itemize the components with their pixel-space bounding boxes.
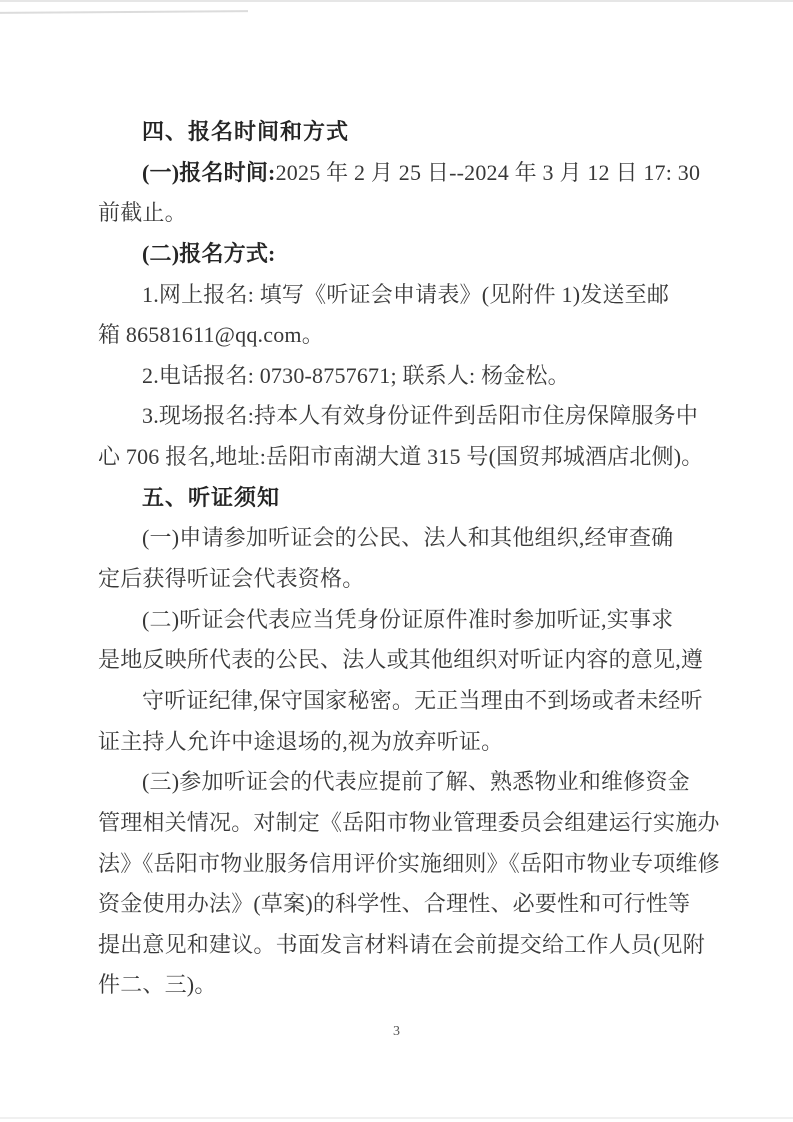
text-line: 是地反映所代表的公民、法人或其他组织对听证内容的意见,遵 [98,640,722,681]
bold-label: (二)报名方式: [142,241,276,266]
line-text: 法》《岳阳市物业服务信用评价实施细则》《岳阳市物业专项维修 [98,851,720,876]
line-text: 证主持人允许中途退场的,视为放弃听证。 [98,729,503,754]
text-line: (二)报名方式: [98,234,722,275]
line-text: 3.现场报名:持本人有效身份证件到岳阳市住房保障服务中 [142,403,698,428]
line-text: 提出意见和建议。书面发言材料请在会前提交给工作人员(见附 [98,932,705,957]
line-text: 1.网上报名: 填写《听证会申请表》(见附件 1)发送至邮 [142,282,669,307]
line-text: (一)申请参加听证会的公民、法人和其他组织,经审查确 [142,525,673,550]
text-line: 法》《岳阳市物业服务信用评价实施细则》《岳阳市物业专项维修 [98,844,722,885]
text-line: (一)申请参加听证会的公民、法人和其他组织,经审查确 [98,518,722,559]
line-text: 心 706 报名,地址:岳阳市南湖大道 315 号(国贸邦城酒店北侧)。 [98,444,703,469]
document-body: 四、报名时间和方式 (一)报名时间:2025 年 2 月 25 日--2024 … [98,112,722,1006]
text-line: 资金使用办法》(草案)的科学性、合理性、必要性和可行性等 [98,884,722,925]
section-heading-text: 四、报名时间和方式 [142,119,349,144]
text-line: 管理相关情况。对制定《岳阳市物业管理委员会组建运行实施办 [98,803,722,844]
line-text: 资金使用办法》(草案)的科学性、合理性、必要性和可行性等 [98,891,690,916]
text-line: (二)听证会代表应当凭身份证原件准时参加听证,实事求 [98,600,722,641]
section-heading-5: 五、听证须知 [98,478,722,519]
line-text: 前截止。 [98,200,187,225]
scan-edge-artifact-top [0,0,793,2]
line-text: 2025 年 2 月 25 日--2024 年 3 月 12 日 17: 30 [276,160,701,185]
line-text: 件二、三)。 [98,972,217,997]
text-line: 2.电话报名: 0730-8757671; 联系人: 杨金松。 [98,356,722,397]
scan-edge-artifact-bottom [0,1117,793,1119]
line-text: (三)参加听证会的代表应提前了解、熟悉物业和维修资金 [142,769,690,794]
scan-edge-artifact-corner [0,10,248,14]
text-line: 1.网上报名: 填写《听证会申请表》(见附件 1)发送至邮 [98,275,722,316]
line-text: (二)听证会代表应当凭身份证原件准时参加听证,实事求 [142,607,673,632]
text-line: 证主持人允许中途退场的,视为放弃听证。 [98,722,722,763]
line-text: 箱 86581611@qq.com。 [98,322,324,347]
line-text: 是地反映所代表的公民、法人或其他组织对听证内容的意见,遵 [98,647,703,672]
text-line: (三)参加听证会的代表应提前了解、熟悉物业和维修资金 [98,762,722,803]
section-heading-4: 四、报名时间和方式 [98,112,722,153]
text-line: 心 706 报名,地址:岳阳市南湖大道 315 号(国贸邦城酒店北侧)。 [98,437,722,478]
text-line: 提出意见和建议。书面发言材料请在会前提交给工作人员(见附 [98,925,722,966]
text-line: 3.现场报名:持本人有效身份证件到岳阳市住房保障服务中 [98,396,722,437]
text-line: 定后获得听证会代表资格。 [98,559,722,600]
text-line: 箱 86581611@qq.com。 [98,315,722,356]
bold-label: (一)报名时间: [142,160,276,185]
text-line: (一)报名时间:2025 年 2 月 25 日--2024 年 3 月 12 日… [98,153,722,194]
line-text: 守听证纪律,保守国家秘密。无正当理由不到场或者未经听 [142,688,703,713]
line-text: 2.电话报名: 0730-8757671; 联系人: 杨金松。 [142,363,570,388]
page-number: 3 [0,1024,793,1040]
line-text: 管理相关情况。对制定《岳阳市物业管理委员会组建运行实施办 [98,810,720,835]
section-heading-text: 五、听证须知 [142,485,280,510]
text-line: 守听证纪律,保守国家秘密。无正当理由不到场或者未经听 [98,681,722,722]
text-line: 件二、三)。 [98,965,722,1006]
line-text: 定后获得听证会代表资格。 [98,566,364,591]
document-page: 四、报名时间和方式 (一)报名时间:2025 年 2 月 25 日--2024 … [0,0,793,1122]
text-line: 前截止。 [98,193,722,234]
